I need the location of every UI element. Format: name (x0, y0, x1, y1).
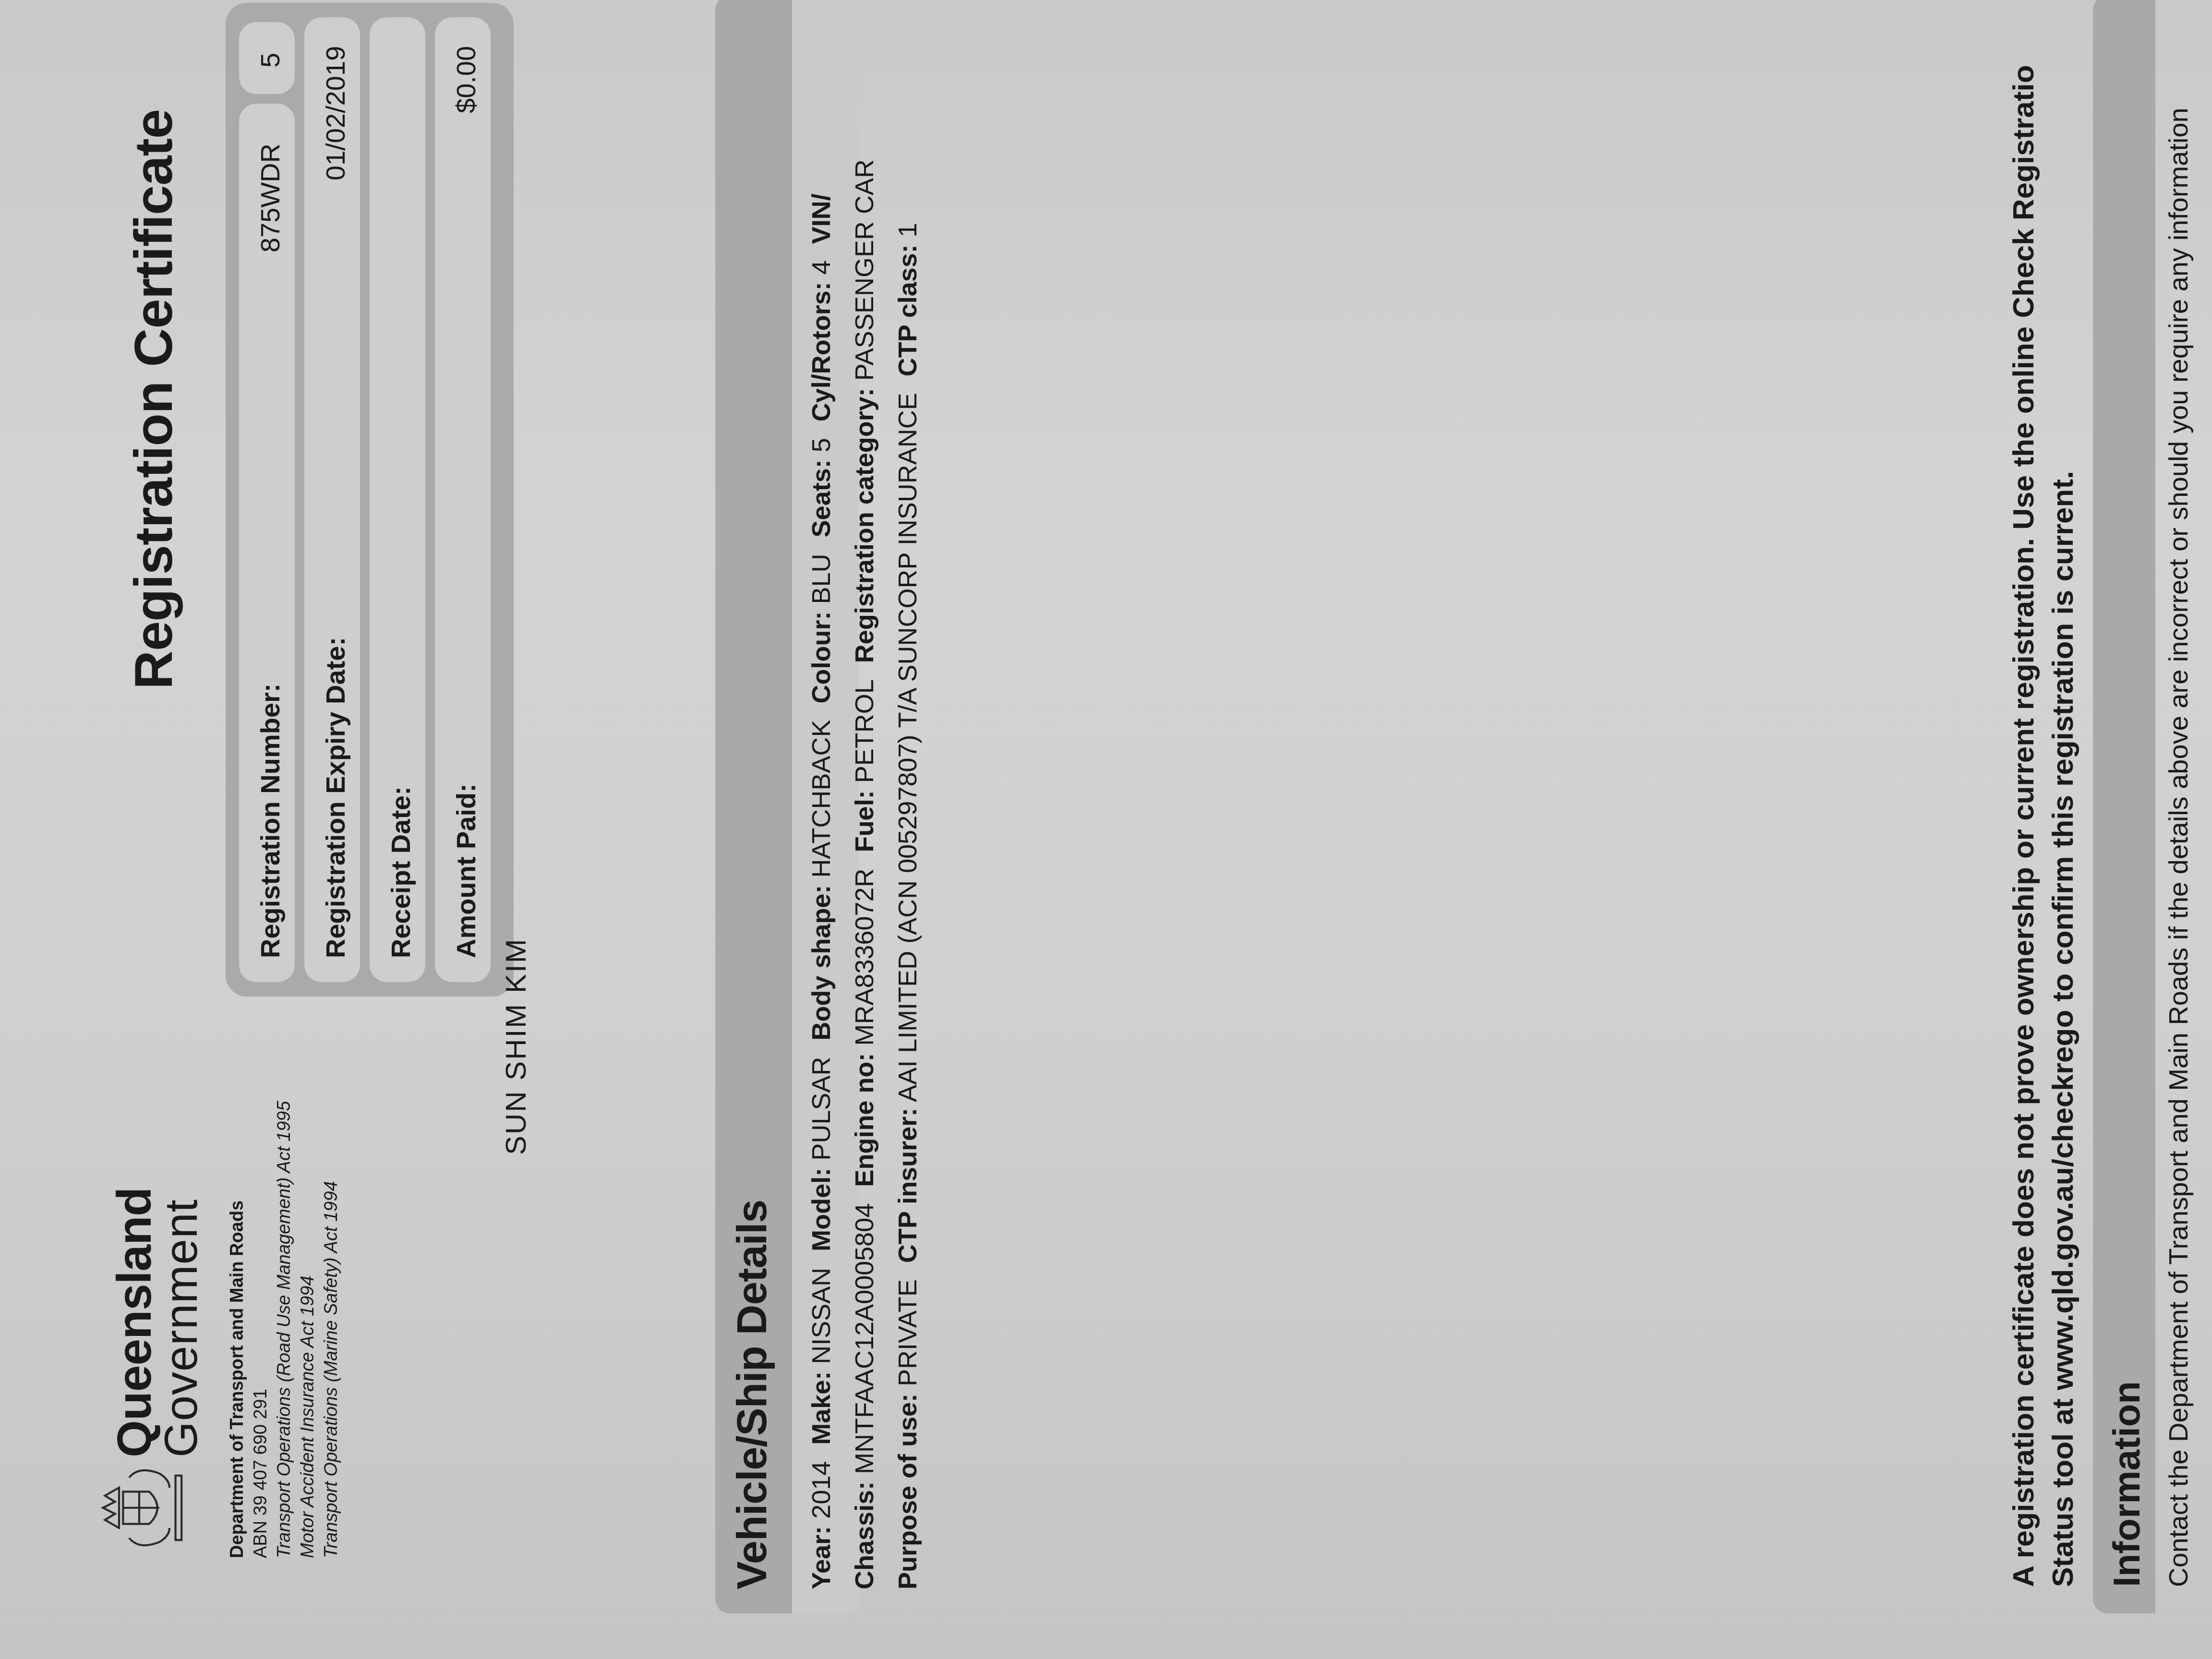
vehicle-field-value: 2014 (807, 1461, 836, 1526)
vehicle-field-label: Make: (807, 1371, 836, 1445)
vehicle-field-value: PASSENGER CAR (850, 159, 879, 388)
vehicle-field-value: 5 (807, 438, 836, 459)
registration-certificate-page: Queensland Government Department of Tran… (0, 0, 2212, 1659)
vehicle-field-value: PETROL (850, 679, 879, 790)
vehicle-field-label: VIN/ (807, 193, 836, 244)
registration-suffix: 5 (254, 53, 286, 68)
expiry-row: Registration Expiry Date: 01/02/2019 (304, 17, 360, 982)
registration-summary-box: Registration Number: 875WDR 5 Registrati… (226, 3, 514, 997)
information-text: Contact the Department of Transport and … (2163, 108, 2194, 1587)
vehicle-field-label: Body shape: (807, 885, 836, 1040)
vehicle-field-value: AAI LIMITED (ACN 005297807) T/A SUNCORP … (893, 393, 922, 1108)
vehicle-field-value: HATCHBACK (807, 720, 836, 885)
act-3: Transport Operations (Marine Safety) Act… (320, 1101, 343, 1558)
amount-row: Amount Paid: $0.00 (435, 17, 491, 982)
vehicle-field-label: Year: (807, 1526, 836, 1589)
vehicle-field-label: Chassis: (850, 1481, 879, 1589)
vehicle-field-label: Model: (807, 1168, 836, 1251)
vehicle-field-label: Seats: (807, 459, 836, 537)
vehicle-field-value: PULSAR (807, 1057, 836, 1168)
government-logo-text: Queensland Government (110, 1188, 204, 1457)
gov-line2: Government (158, 1188, 204, 1457)
page-title: Registration Certificate (122, 109, 184, 689)
department-block: Department of Transport and Main Roads A… (226, 1101, 343, 1558)
department-name: Department of Transport and Main Roads (226, 1101, 249, 1558)
queensland-coat-of-arms-icon (89, 1457, 190, 1558)
vehicle-field-value: PRIVATE (893, 1279, 922, 1394)
disclaimer-line-2: Status tool at www.qld.gov.au/checkrego … (2044, 0, 2083, 1587)
vehicle-field-value: MNTFAAC12A0005804 (850, 1203, 879, 1481)
gov-line1: Queensland (110, 1188, 158, 1457)
receipt-row: Receipt Date: (370, 17, 425, 982)
vehicle-field-value: 4 (807, 260, 836, 282)
vehicle-field-label: Engine no: (850, 1053, 879, 1187)
act-2: Motor Accident Insurance Act 1994 (296, 1101, 320, 1558)
amount-label: Amount Paid: (450, 783, 481, 958)
abn: ABN 39 407 690 291 (249, 1101, 273, 1558)
vehicle-field-label: Registration category: (850, 388, 879, 663)
vehicle-line-2: Chassis: MNTFAAC12A0005804Engine no: MRA… (850, 159, 879, 1589)
expiry-label: Registration Expiry Date: (320, 637, 351, 958)
vehicle-field-label: Fuel: (850, 790, 879, 852)
registration-number-label: Registration Number: (254, 684, 286, 959)
vehicle-field-label: CTP insurer: (893, 1108, 922, 1263)
information-title: Information (2105, 1381, 2149, 1587)
vehicle-field-label: Purpose of use: (893, 1394, 922, 1589)
vehicle-line-1: Year: 2014Make: NISSANModel: PULSARBody … (806, 193, 836, 1589)
vehicle-field-label: Cyl/Rotors: (807, 282, 836, 421)
vehicle-field-label: CTP class: (893, 244, 922, 376)
registration-number-value: 875WDR (254, 144, 286, 252)
vehicle-field-value: 1 (893, 223, 922, 244)
disclaimer-text: A registration certificate does not prov… (2004, 0, 2083, 1587)
act-1: Transport Operations (Road Use Managemen… (273, 1101, 296, 1558)
vehicle-field-label: Colour: (807, 611, 836, 703)
vehicle-field-value: NISSAN (807, 1268, 836, 1371)
vehicle-field-value: BLU (807, 553, 836, 611)
vehicle-line-3: Purpose of use: PRIVATECTP insurer: AAI … (893, 223, 923, 1589)
amount-value: $0.00 (450, 46, 481, 113)
receipt-label: Receipt Date: (385, 786, 416, 958)
expiry-value: 01/02/2019 (320, 46, 351, 180)
holder-name: SUN SHIM KIM (499, 938, 532, 1155)
disclaimer-line-1: A registration certificate does not prov… (2004, 0, 2044, 1587)
vehicle-field-value: MRA8336072R (850, 868, 879, 1053)
information-header (2093, 0, 2155, 1613)
registration-number-row: Registration Number: 875WDR 5 (239, 17, 295, 982)
vehicle-details-title: Vehicle/Ship Details (727, 1200, 776, 1589)
